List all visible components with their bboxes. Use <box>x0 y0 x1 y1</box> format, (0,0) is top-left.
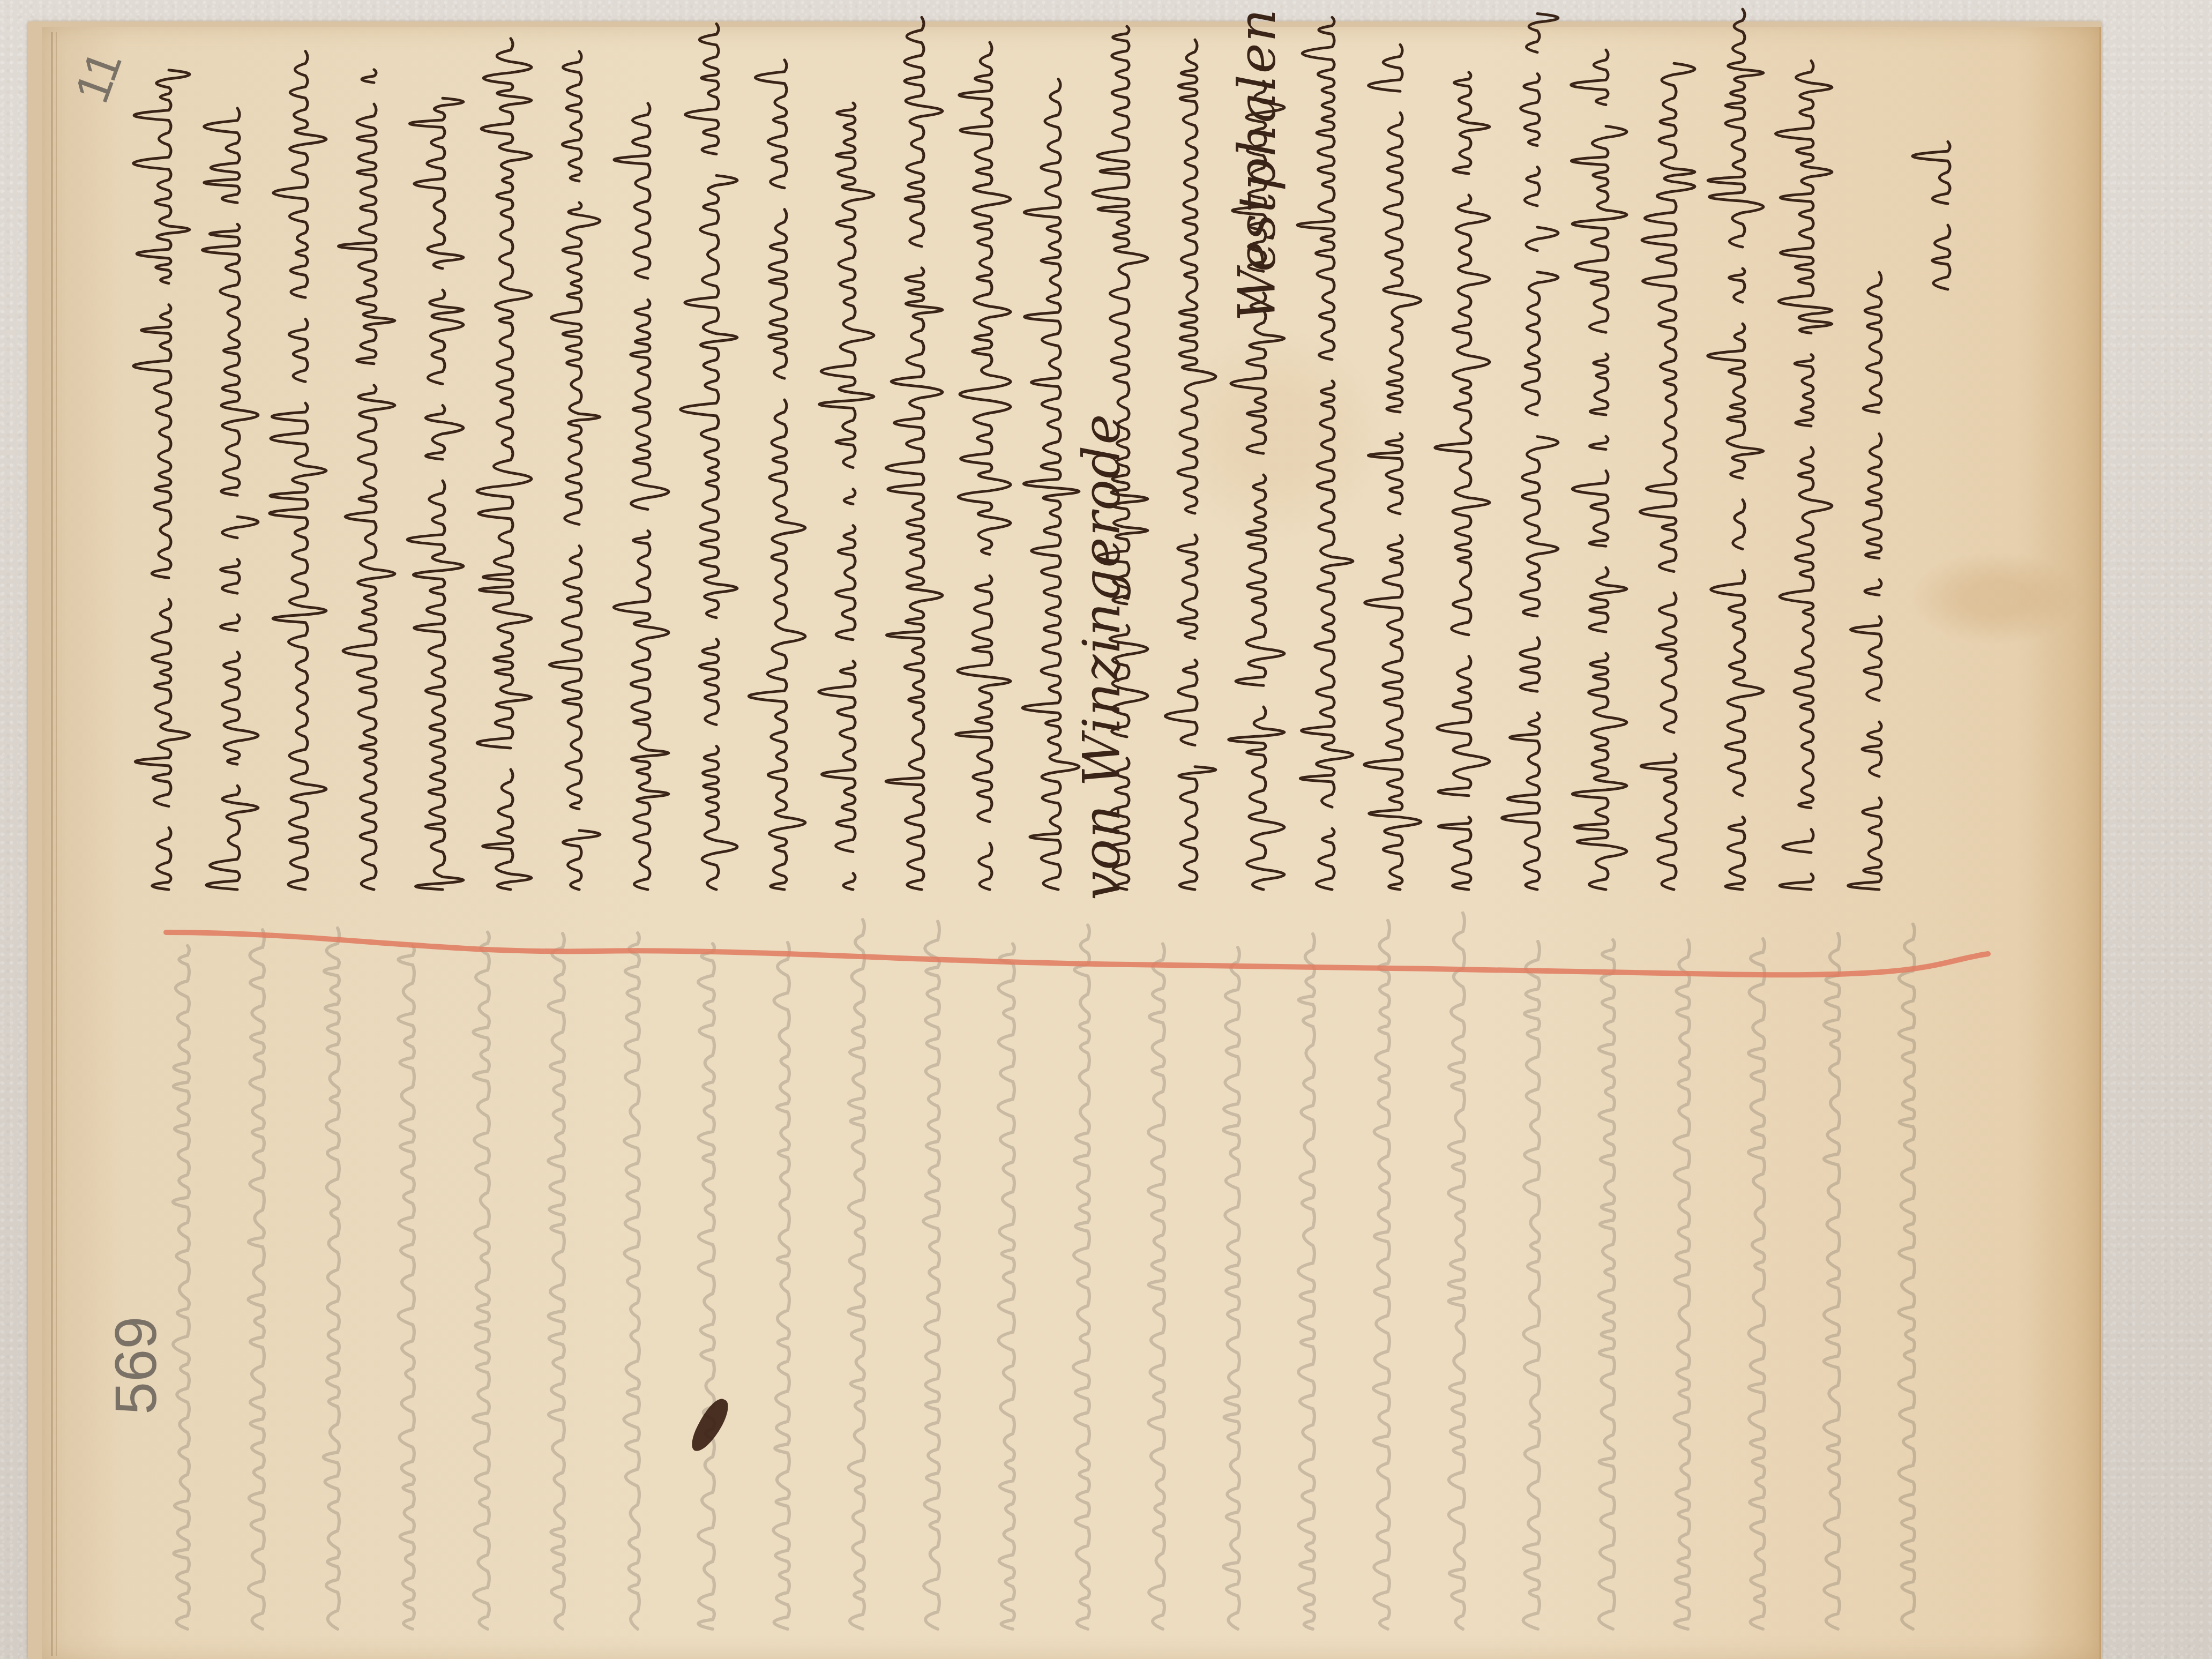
handwritten-line <box>1157 46 1222 890</box>
handwritten-line <box>131 59 196 890</box>
handwritten-line <box>1295 17 1359 890</box>
bleed-through-line <box>606 932 670 1629</box>
bleed-through-line <box>1056 932 1120 1629</box>
bleed-through-line <box>455 932 520 1629</box>
bleed-through-line <box>380 932 445 1629</box>
legible-word-winzingerode: von Winzingerode <box>1072 413 1132 900</box>
page-edge-line <box>56 32 57 1656</box>
handwritten-line <box>405 83 469 890</box>
handwritten-line <box>1774 38 1838 890</box>
handwritten-line <box>1636 66 1701 890</box>
page-edge-line <box>51 32 53 1656</box>
bleed-through-line <box>530 932 595 1629</box>
bleed-through-line <box>1881 932 1945 1629</box>
bleed-through-line <box>1806 932 1870 1629</box>
handwritten-line <box>337 57 401 890</box>
bleed-through-line <box>1131 932 1195 1629</box>
bleed-through-line <box>906 932 970 1629</box>
bleed-through-line <box>831 932 895 1629</box>
handwritten-line <box>200 85 264 890</box>
handwritten-line <box>1568 41 1633 890</box>
bleed-through-line <box>1281 932 1345 1629</box>
bleed-through-line <box>1656 932 1720 1629</box>
bleed-through-line <box>155 932 220 1629</box>
handwritten-line <box>1842 257 1906 890</box>
handwritten-line <box>1431 69 1496 890</box>
handwritten-line <box>542 54 606 890</box>
bleed-through-line <box>230 932 295 1629</box>
handwritten-line <box>473 28 537 890</box>
handwritten-line <box>747 51 811 890</box>
handwritten-line <box>268 31 332 890</box>
handwritten-line <box>952 49 1017 890</box>
bleed-through-line <box>1431 932 1495 1629</box>
bleed-through-line <box>681 932 745 1629</box>
bleed-through-line <box>1731 932 1795 1629</box>
handwritten-line <box>1500 14 1564 890</box>
red-crayon-divider <box>166 911 1999 975</box>
handwritten-line <box>1910 129 1975 289</box>
bleed-through-line <box>1356 932 1420 1629</box>
handwritten-line <box>679 26 743 890</box>
handwritten-line <box>610 80 675 890</box>
bleed-through-line <box>756 932 820 1629</box>
handwritten-line <box>1705 12 1769 890</box>
bleed-through-line <box>305 932 370 1629</box>
bleed-through-line <box>1506 932 1570 1629</box>
handwritten-line <box>1363 43 1427 890</box>
bleed-through-line <box>981 932 1045 1629</box>
legible-word-westphalen: Westphalen <box>1227 8 1287 322</box>
handwritten-line <box>884 23 948 890</box>
bleed-through-line <box>1581 932 1645 1629</box>
bleed-through-line <box>1206 932 1270 1629</box>
handwritten-line <box>816 77 880 890</box>
